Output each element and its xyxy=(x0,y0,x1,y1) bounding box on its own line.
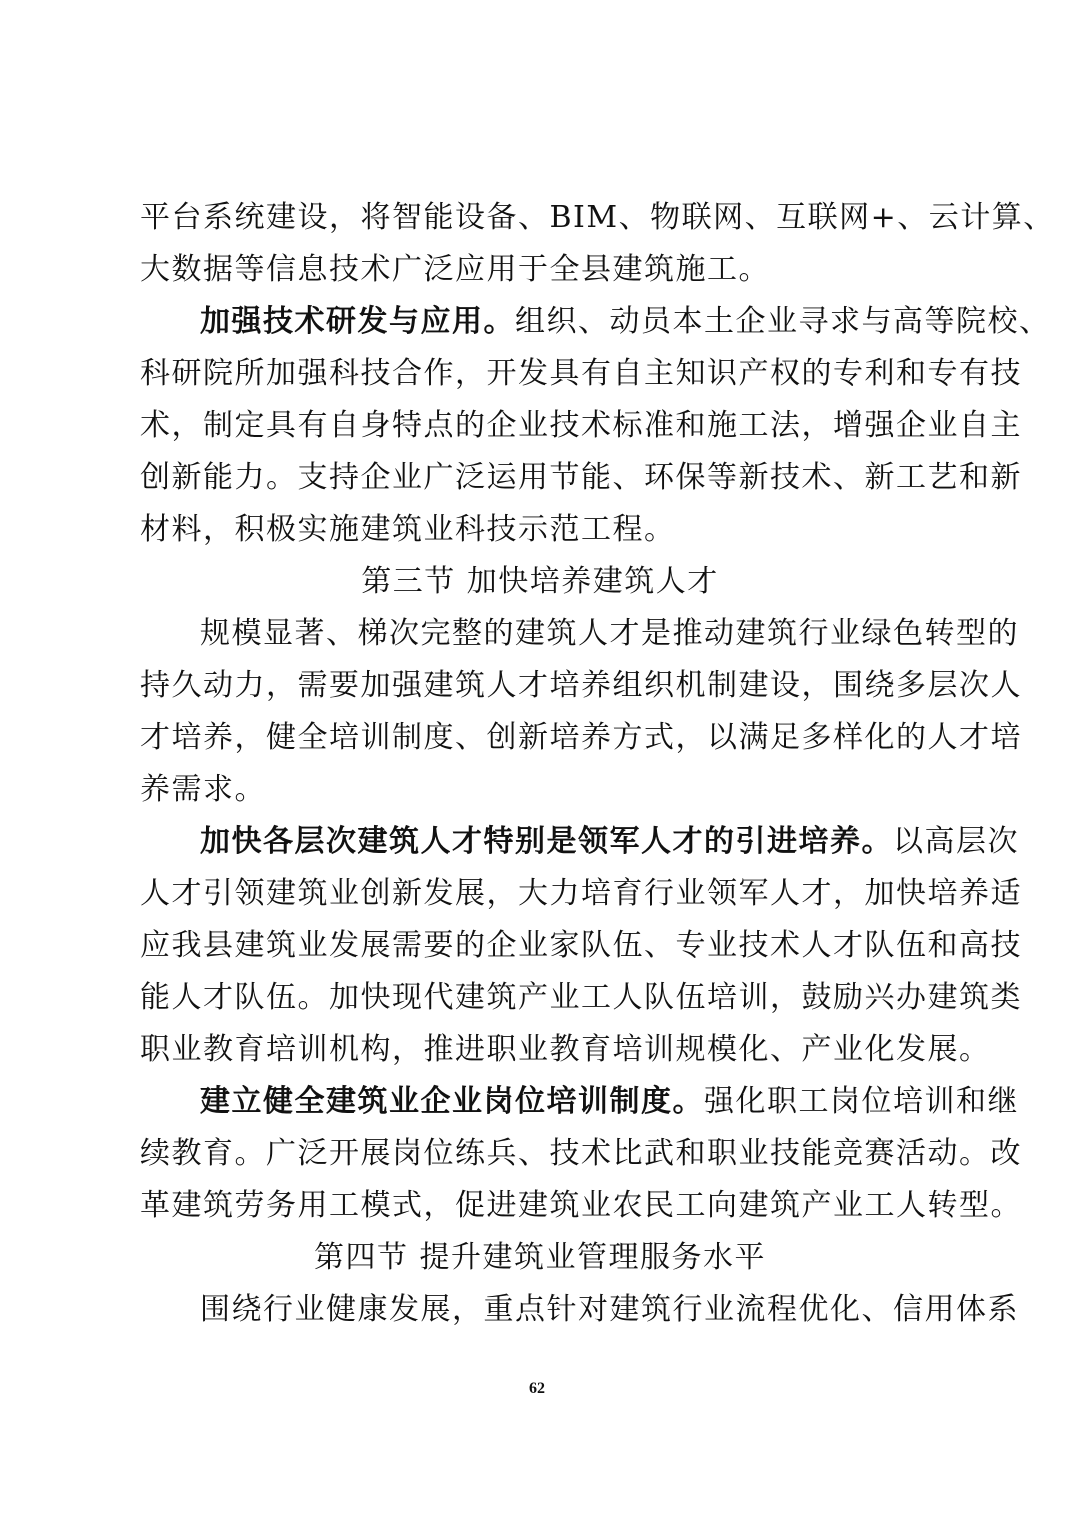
page-number: 62 xyxy=(0,1380,1074,1398)
body-line: 持久动力，需要加强建筑人才培养组织机制建设，围绕多层次人 xyxy=(140,660,940,712)
body-line: 围绕行业健康发展，重点针对建筑行业流程优化、信用体系 xyxy=(140,1284,940,1336)
paragraph-lead-heading: 加强技术研发与应用。 xyxy=(200,304,515,339)
body-line: 术，制定具有自身特点的企业技术标准和施工法，增强企业自主 xyxy=(140,400,940,452)
body-line: 材料，积极实施建筑业科技示范工程。 xyxy=(140,504,940,556)
section-heading: 第四节 提升建筑业管理服务水平 xyxy=(140,1232,940,1284)
body-line: 才培养，健全培训制度、创新培养方式，以满足多样化的人才培 xyxy=(140,712,940,764)
body-line: 能人才队伍。加快现代建筑产业工人队伍培训，鼓励兴办建筑类 xyxy=(140,972,940,1024)
paragraph-lead-heading: 建立健全建筑业企业岗位培训制度。 xyxy=(200,1084,704,1119)
body-line: 职业教育培训机构，推进职业教育培训规模化、产业化发展。 xyxy=(140,1024,940,1076)
body-line: 应我县建筑业发展需要的企业家队伍、专业技术人才队伍和高技 xyxy=(140,920,940,972)
body-line: 大数据等信息技术广泛应用于全县建筑施工。 xyxy=(140,244,940,296)
paragraph-lead-text: 以高层次 xyxy=(893,824,1019,859)
body-line: 规模显著、梯次完整的建筑人才是推动建筑行业绿色转型的 xyxy=(140,608,940,660)
section-heading: 第三节 加快培养建筑人才 xyxy=(140,556,940,608)
paragraph-lead-line: 建立健全建筑业企业岗位培训制度。强化职工岗位培训和继 xyxy=(140,1076,940,1128)
paragraph-lead-heading: 加快各层次建筑人才特别是领军人才的引进培养。 xyxy=(200,824,893,859)
body-line: 革建筑劳务用工模式，促进建筑业农民工向建筑产业工人转型。 xyxy=(140,1180,940,1232)
document-page: 平台系统建设，将智能设备、BIM、物联网、互联网+、云计算、 大数据等信息技术广… xyxy=(140,192,940,1336)
paragraph-lead-line: 加强技术研发与应用。组织、动员本土企业寻求与高等院校、 xyxy=(140,296,940,348)
paragraph-lead-line: 加快各层次建筑人才特别是领军人才的引进培养。以高层次 xyxy=(140,816,940,868)
body-line: 创新能力。支持企业广泛运用节能、环保等新技术、新工艺和新 xyxy=(140,452,940,504)
body-line: 养需求。 xyxy=(140,764,940,816)
body-line: 平台系统建设，将智能设备、BIM、物联网、互联网+、云计算、 xyxy=(140,192,940,244)
body-line: 人才引领建筑业创新发展，大力培育行业领军人才，加快培养适 xyxy=(140,868,940,920)
paragraph-lead-text: 组织、动员本土企业寻求与高等院校、 xyxy=(515,304,1051,339)
body-line: 续教育。广泛开展岗位练兵、技术比武和职业技能竞赛活动。改 xyxy=(140,1128,940,1180)
body-line: 科研院所加强科技合作，开发具有自主知识产权的专利和专有技 xyxy=(140,348,940,400)
paragraph-lead-text: 强化职工岗位培训和继 xyxy=(704,1084,1019,1119)
